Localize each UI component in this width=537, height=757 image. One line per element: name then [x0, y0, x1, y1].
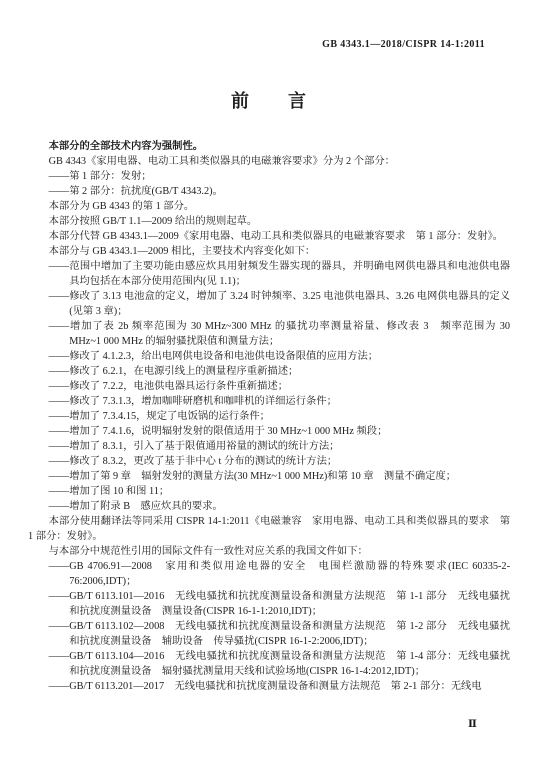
foreword-body: 本部分的全部技术内容为强制性。GB 4343《家用电器、电动工具和类似器具的电磁… — [28, 139, 510, 694]
paragraph: ——增加了第 9 章 辐射发射的测量方法(30 MHz~1 000 MHz)和第… — [28, 469, 510, 484]
paragraph: ——GB/T 6113.201—2017 无线电骚扰和抗扰度测量设备和测量方法规… — [28, 679, 510, 694]
paragraph: ——GB/T 6113.101—2016 无线电骚扰和抗扰度测量设备和测量方法规… — [28, 589, 510, 619]
paragraph: ——增加了附录 B 感应炊具的要求。 — [28, 499, 510, 514]
paragraph: 本部分按照 GB/T 1.1—2009 给出的规则起草。 — [28, 214, 510, 229]
paragraph: ——第 2 部分：抗扰度(GB/T 4343.2)。 — [28, 184, 510, 199]
paragraph: ——修改了 8.3.2，更改了基于非中心 t 分布的测试的统计方法； — [28, 454, 510, 469]
paragraph: ——增加了 7.3.4.15，规定了电饭锅的运行条件； — [28, 409, 510, 424]
paragraph: ——范围中增加了主要功能由感应炊具用射频发生器实现的器具，并明确电网供电器具和电… — [28, 259, 510, 289]
paragraph: 本部分为 GB 4343 的第 1 部分。 — [28, 199, 510, 214]
paragraph: 本部分使用翻译法等同采用 CISPR 14-1:2011《电磁兼容 家用电器、电… — [28, 514, 510, 544]
standard-number-header: GB 4343.1—2018/CISPR 14-1:2011 — [322, 39, 485, 50]
paragraph: 与本部分中规范性引用的国际文件有一致性对应关系的我国文件如下： — [28, 544, 510, 559]
paragraph: 本部分的全部技术内容为强制性。 — [28, 139, 510, 154]
paragraph: ——增加了 7.4.1.6，说明辐射发射的限值适用于 30 MHz~1 000 … — [28, 424, 510, 439]
paragraph: ——修改了 6.2.1，在电源引线上的测量程序重新描述； — [28, 364, 510, 379]
page-number: Ⅱ — [468, 718, 477, 730]
paragraph: 本部分与 GB 4343.1—2009 相比，主要技术内容变化如下： — [28, 244, 510, 259]
paragraph: GB 4343《家用电器、电动工具和类似器具的电磁兼容要求》分为 2 个部分： — [28, 154, 510, 169]
paragraph: ——GB 4706.91—2008 家用和类似用途电器的安全 电围栏激励器的特殊… — [28, 559, 510, 589]
paragraph: ——GB/T 6113.104—2016 无线电骚扰和抗扰度测量设备和测量方法规… — [28, 649, 510, 679]
paragraph: ——修改了 7.2.2，电池供电器具运行条件重新描述； — [28, 379, 510, 394]
paragraph: ——修改了 3.13 电池盒的定义，增加了 3.24 时钟频率、3.25 电池供… — [28, 289, 510, 319]
paragraph: ——增加了 8.3.1，引入了基于限值通用裕量的测试的统计方法； — [28, 439, 510, 454]
paragraph: ——增加了图 10 和图 11； — [28, 484, 510, 499]
page-title: 前 言 — [28, 87, 510, 113]
paragraph: ——修改了 7.3.1.3，增加咖啡研磨机和咖啡机的详细运行条件； — [28, 394, 510, 409]
paragraph: ——GB/T 6113.102—2008 无线电骚扰和抗扰度测量设备和测量方法规… — [28, 619, 510, 649]
paragraph: ——修改了 4.1.2.3，给出电网供电设备和电池供电设备限值的应用方法； — [28, 349, 510, 364]
paragraph: 本部分代替 GB 4343.1—2009《家用电器、电动工具和类似器具的电磁兼容… — [28, 229, 510, 244]
paragraph: ——第 1 部分：发射； — [28, 169, 510, 184]
paragraph: ——增加了表 2b 频率范围为 30 MHz~300 MHz 的骚扰功率测量裕量… — [28, 319, 510, 349]
